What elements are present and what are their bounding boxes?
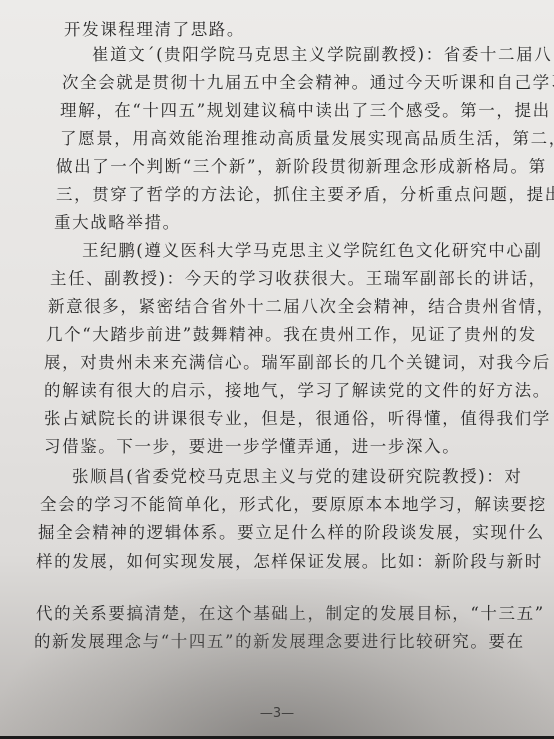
text-line: 重大战略举措。 xyxy=(54,213,181,233)
text-line: 崔道文ˊ(贵阳学院马克思主义学院副教授)：省委十二届八 xyxy=(92,45,552,65)
text-line: 样的发展，如何实现发展，怎样保证发展。比如：新阶段与新时 xyxy=(36,552,543,572)
text-line: 掘全会精神的逻辑体系。要立足什么样的阶段谈发展，实现什么 xyxy=(38,523,545,543)
text-line: 张顺昌(省委党校马克思主义与党的建设研究院教授)：对 xyxy=(72,467,522,487)
text-line: 的解读有很大的启示，接地气，学习了解读党的文件的好方法。 xyxy=(44,381,551,401)
text-line: 做出了一个判断“三个新”，新阶段贯彻新理念形成新格局。第 xyxy=(56,157,547,177)
text-line: 次全会就是贯彻十九届五中全会精神。通过今天听课和自己学习 xyxy=(62,73,554,93)
text-line: 新意很多，紧密结合省外十二届八次全会精神，结合贵州省情， xyxy=(48,297,554,317)
text-line: 三，贯穿了哲学的方法论，抓住主要矛盾，分析重点问题，提出 xyxy=(56,185,554,205)
text-line: 理解，在“十四五”规划建议稿中读出了三个感受。第一，提出 xyxy=(60,101,551,121)
text-line: 几个“大踏步前进”鼓舞精神。我在贵州工作，见证了贵州的发 xyxy=(46,325,537,345)
text-line: 主任、副教授)：今天的学习收获很大。王瑞军副部长的讲话， xyxy=(50,269,547,289)
text-line: 习借鉴。下一步，要进一步学懂弄通，进一步深入。 xyxy=(44,437,460,457)
page-number: —3— xyxy=(0,706,554,721)
text-line: 代的关系要搞清楚，在这个基础上，制定的发展目标，“十三五” xyxy=(36,604,545,624)
text-line: 王纪鹏(遵义医科大学马克思主义学院红色文化研究中心副 xyxy=(82,241,543,261)
text-line: 展，对贵州未来充满信心。瑞军副部长的几个关键词，对我今后 xyxy=(44,353,551,373)
text-line: 的新发展理念与“十四五”的新发展理念要进行比较研究。要在 xyxy=(34,632,525,652)
document-page: 开发课程理清了思路。崔道文ˊ(贵阳学院马克思主义学院副教授)：省委十二届八次全会… xyxy=(0,0,554,739)
text-line: 了愿景，用高效能治理推动高质量发展实现高品质生活，第二， xyxy=(60,129,554,149)
text-line: 张占斌院长的讲课很专业，但是，很通俗，听得懂，值得我们学 xyxy=(44,409,551,429)
text-line: 全会的学习不能简单化，形式化，要原原本本地学习，解读要挖 xyxy=(40,495,547,515)
text-line: 开发课程理清了思路。 xyxy=(64,20,245,40)
